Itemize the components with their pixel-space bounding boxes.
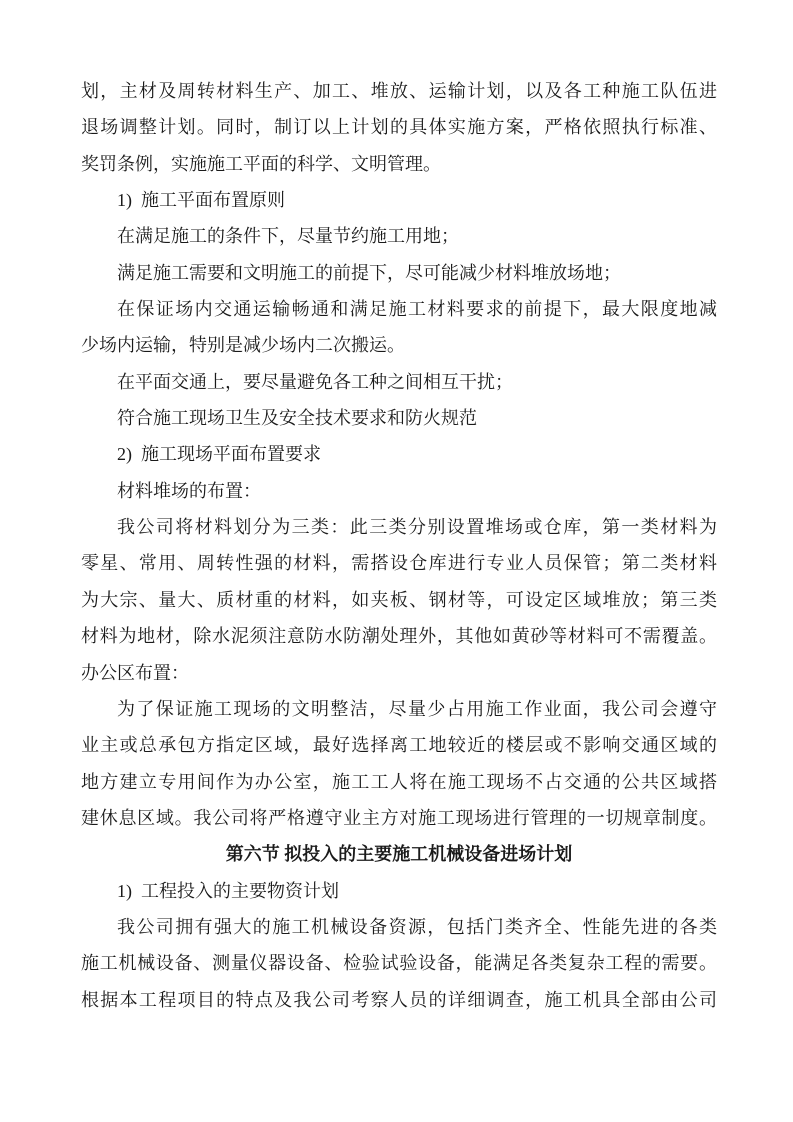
text-line: 材料堆场的布置： [81, 473, 717, 509]
text-line: 我公司将材料划分为三类：此三类分别设置堆场或仓库，第一类材料为 [81, 509, 717, 545]
text-line: 零星、常用、周转性强的材料，需搭设仓库进行专业人员保管；第二类材料 [81, 545, 717, 581]
text-line: 符合施工现场卫生及安全技术要求和防火规范 [81, 400, 717, 436]
text-line: 划，主材及周转材料生产、加工、堆放、运输计划，以及各工种施工队伍进 [81, 73, 717, 109]
text-line: 为了保证施工现场的文明整洁，尽量少占用施工作业面，我公司会遵守 [81, 691, 717, 727]
text-line: 在满足施工的条件下，尽量节约施工用地； [81, 218, 717, 254]
text-line: 奖罚条例，实施施工平面的科学、文明管理。 [81, 146, 717, 182]
text-line: 1) 工程投入的主要物资计划 [81, 873, 717, 909]
text-line: 业主或总承包方指定区域，最好选择离工地较近的楼层或不影响交通区域的 [81, 727, 717, 763]
text-line: 办公区布置： [81, 655, 717, 691]
text-line: 满足施工需要和文明施工的前提下，尽可能减少材料堆放场地； [81, 255, 717, 291]
document-page: 划，主材及周转材料生产、加工、堆放、运输计划，以及各工种施工队伍进退场调整计划。… [0, 0, 793, 1122]
text-line: 2) 施工现场平面布置要求 [81, 436, 717, 472]
text-line: 在平面交通上，要尽量避免各工种之间相互干扰； [81, 364, 717, 400]
document-body: 划，主材及周转材料生产、加工、堆放、运输计划，以及各工种施工队伍进退场调整计划。… [81, 73, 717, 1018]
text-line: 根据本工程项目的特点及我公司考察人员的详细调查，施工机具全部由公司 [81, 982, 717, 1018]
text-line: 在保证场内交通运输畅通和满足施工材料要求的前提下，最大限度地减 [81, 291, 717, 327]
text-line: 1) 施工平面布置原则 [81, 182, 717, 218]
text-line: 少场内运输，特别是减少场内二次搬运。 [81, 327, 717, 363]
text-line: 施工机械设备、测量仪器设备、检验试验设备，能满足各类复杂工程的需要。 [81, 945, 717, 981]
text-line: 材料为地材，除水泥须注意防水防潮处理外，其他如黄砂等材料可不需覆盖。 [81, 618, 717, 654]
text-line: 地方建立专用间作为办公室，施工工人将在施工现场不占交通的公共区域搭 [81, 764, 717, 800]
text-line: 为大宗、量大、质材重的材料，如夹板、钢材等，可设定区域堆放；第三类 [81, 582, 717, 618]
section-heading: 第六节 拟投入的主要施工机械设备进场计划 [81, 836, 717, 872]
text-line: 我公司拥有强大的施工机械设备资源，包括门类齐全、性能先进的各类 [81, 909, 717, 945]
text-line: 退场调整计划。同时，制订以上计划的具体实施方案，严格依照执行标准、 [81, 109, 717, 145]
text-line: 建休息区域。我公司将严格遵守业主方对施工现场进行管理的一切规章制度。 [81, 800, 717, 836]
